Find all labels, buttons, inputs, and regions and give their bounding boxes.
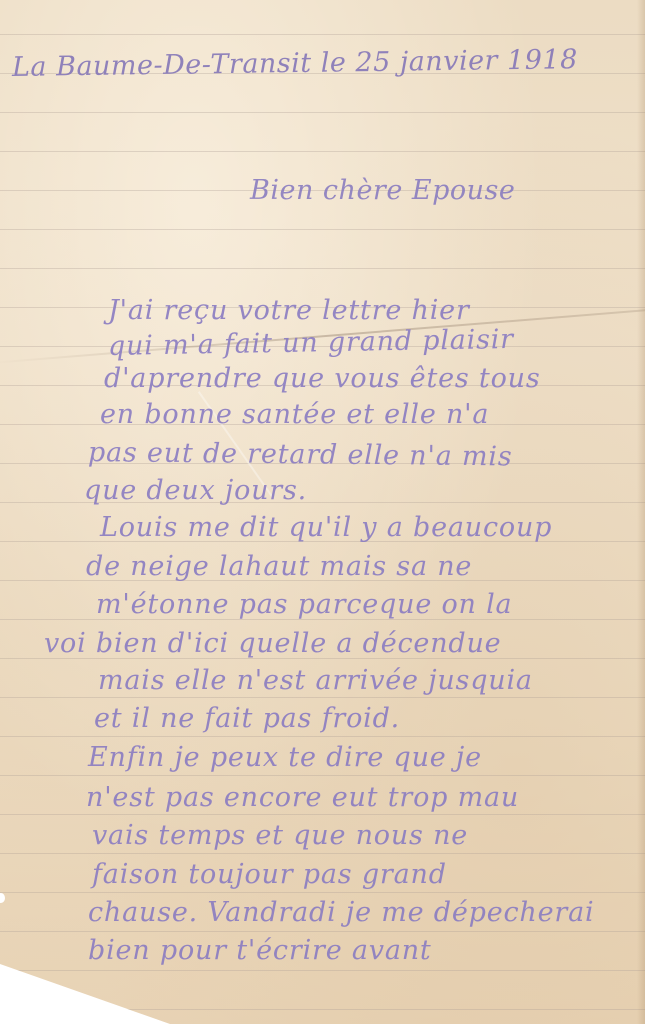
letter-line: chause. Vandradi je me dépecherai — [88, 897, 594, 928]
letter-salutation: Bien chère Epouse — [250, 175, 515, 206]
letter-page: La Baume-De-Transit le 25 janvier 1918 B… — [0, 0, 645, 1024]
letter-line: en bonne santée et elle n'a — [100, 399, 489, 430]
letter-line: faison toujour pas grand — [92, 859, 447, 890]
letter-line: que deux jours. — [84, 475, 307, 506]
letter-line: voi bien d'ici quelle a décendue — [44, 628, 501, 659]
letter-line: et il ne fait pas froid. — [94, 703, 400, 734]
letter-line: de neige lahaut mais sa ne — [86, 551, 472, 582]
letter-line: Enfin je peux te dire que je — [88, 742, 482, 773]
letter-line: Louis me dit qu'il y a beaucoup — [100, 512, 552, 543]
letter-line: n'est pas encore eut trop mau — [86, 782, 519, 813]
letter-place-date: La Baume-De-Transit le 25 janvier 1918 — [12, 44, 578, 83]
letter-line: d'aprendre que vous êtes tous — [104, 363, 540, 394]
letter-line: mais elle n'est arrivée jusquia — [98, 665, 533, 696]
paper-edge-shadow — [637, 0, 645, 1024]
letter-line: qui m'a fait un grand plaisir — [108, 324, 514, 362]
letter-line: vais temps et que nous ne — [92, 820, 468, 851]
letter-line: J'ai reçu votre lettre hier — [108, 295, 470, 326]
letter-line: bien pour t'écrire avant — [88, 935, 432, 966]
letter-line: pas eut de retard elle n'a mis — [88, 437, 513, 472]
paper-hole — [0, 893, 5, 903]
torn-corner — [0, 964, 170, 1024]
letter-line: m'étonne pas parceque on la — [96, 589, 512, 620]
